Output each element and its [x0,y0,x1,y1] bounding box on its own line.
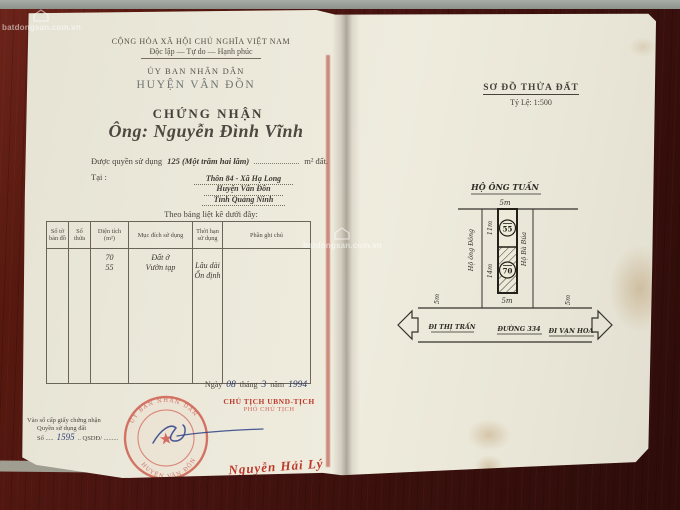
owner-name: Ông: Nguyễn Đình Vĩnh [61,121,351,142]
house-icon [32,9,50,22]
location-block: Thôn 84 - Xã Hạ Long Huyện Vân Đồn Tỉnh … [151,175,336,206]
table-body-row: 70 55 Đất ở Vườn tạp Lâu dài Ổn định [47,249,311,384]
signing-title-1: CHỦ TỊCH UBND-TỊCH [199,397,339,406]
parcel-diagram: HỘ ÔNG TUẤN 5m 55 70 11m 14m Hộ ông Đông… [395,177,627,357]
road-direction-left-label: ĐI THỊ TRẤN [428,323,476,331]
cell-so-thua [69,249,91,384]
registry-line1: Vào sổ cấp giấy chứng nhận [27,417,118,425]
col-header-so-thua: Số thửa [69,222,91,249]
watermark: batdongsan.com.vn [303,227,382,250]
top-width-label: 5m [499,199,510,207]
col-header-so-to: Số tờ bản đồ [47,222,69,249]
photo-scene: CỘNG HÒA XÃ HỘI CHỦ NGHĨA VIỆT NAM Độc l… [0,0,680,510]
issuer-line2: HUYỆN VÂN ĐỒN [71,79,321,91]
watermark: batdongsan.com.vn [2,9,81,32]
watermark-text: batdongsan.com.vn [303,241,382,250]
cell-ghi-chu [223,249,311,384]
binding-red-line [326,55,330,467]
national-motto-line2: Độc lập — Tự do — Hạnh phúc [76,47,326,59]
cell-muc-dich: Đất ở Vườn tạp [129,249,193,384]
lower-length-label: 14m [486,264,494,278]
road-direction-right-label: ĐI VẠN HOA [548,328,594,335]
east-neighbor-label: Hộ Bà Búa [521,232,528,267]
col-header-ghi-chu: Phần ghi chú [223,222,311,249]
watermark-text: batdongsan.com.vn [2,23,81,32]
table-header-row: Số tờ bản đồ Số thửa Diện tích (m²) Mục … [47,222,311,249]
col-header-dien-tich: Diện tích (m²) [91,222,129,249]
background-edge-top [0,0,680,9]
west-neighbor-label: Hộ ông Đông [468,229,475,272]
map-scale: Tỷ Lệ: 1:500 [431,98,631,107]
paper-stain [467,419,511,451]
location-label: Tại : [91,172,107,182]
col-header-thoi-han: Thời hạn sử dụng [193,222,223,249]
signer-name: Nguyễn Hải Lý [217,455,336,479]
parcel-table: Số tờ bản đồ Số thửa Diện tích (m²) Mục … [46,221,311,384]
date-month: 3 [262,380,267,390]
paper-stain [474,455,504,479]
north-neighbor-label: HỘ ÔNG TUẤN [470,182,539,192]
registry-number: 1595 [57,433,75,441]
dotted-leader [254,156,299,164]
grant-prefix: Được quyền sử dụng [91,156,162,166]
col-header-muc-dich: Mục đích sử dụng [129,222,193,249]
cell-so-to [47,249,69,384]
road-width-right-label: 5m [564,295,572,305]
date-day: 08 [226,380,236,390]
grant-suffix: m² đất. [304,156,328,166]
table-intro: Theo bảng liệt kê dưới đây: [91,209,331,219]
upper-length-label: 11m [486,221,494,235]
cell-thoi-han: Lâu dài Ổn định [193,249,223,384]
location-line: Tỉnh Quảng Ninh [151,196,336,206]
road-arrow-right-icon [592,311,612,339]
national-motto-line1: CỘNG HÒA XÃ HỘI CHỦ NGHĨA VIỆT NAM [76,37,326,46]
road-arrow-left-icon [398,311,418,339]
signing-title-2: PHÓ CHỦ TỊCH [216,406,322,413]
certificate-title: CHỨNG NHẬN [83,106,333,122]
road-width-left-label: 5m [433,294,441,304]
date-year: 1994 [288,380,307,390]
grant-area-value: 125 (Một trăm hai lăm) [167,156,249,166]
registry-block: Vào sổ cấp giấy chứng nhận Quyền sử dụng… [27,417,118,443]
road-name-label: ĐƯỜNG 334 [497,326,541,333]
paper-stain [609,245,671,333]
lower-plot-number: 70 [503,267,513,276]
upper-plot-number: 55 [503,225,513,234]
grant-line: Được quyền sử dụng 125 (Một trăm hai lăm… [91,156,328,166]
map-title: SƠ ĐỒ THỬA ĐẤT [431,83,631,95]
bottom-width-label: 5m [501,297,512,305]
house-icon [333,227,351,240]
paper-stain [629,37,657,57]
cell-dien-tich: 70 55 [91,249,129,384]
issuer-line1: ỦY BAN NHÂN DÂN [71,66,321,76]
handwritten-signature [147,421,269,451]
registry-line3: Số ..... 1595 .. QSDĐ/ ......... [27,433,118,443]
